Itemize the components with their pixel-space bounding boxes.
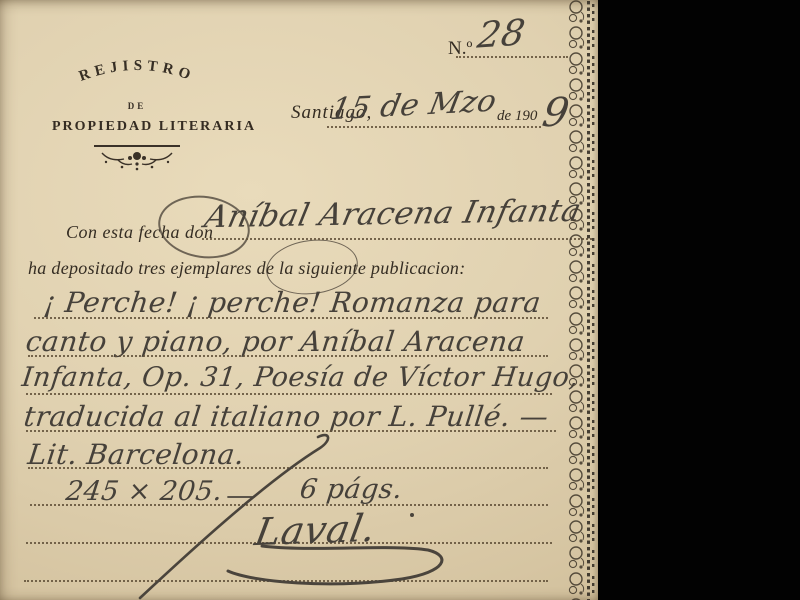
number-value-handwritten: 28 bbox=[475, 12, 528, 56]
letterhead-stamp: REJISTRO DE PROPIEDAD LITERARIA bbox=[52, 50, 222, 177]
scanned-document-page: REJISTRO DE PROPIEDAD LITERARIA N.º bbox=[0, 0, 800, 600]
entry-dotted-line bbox=[30, 504, 548, 506]
declaration-prefix: Con esta fecha don bbox=[66, 222, 213, 243]
arched-title: REJISTRO bbox=[52, 50, 222, 90]
ornament-flourish bbox=[92, 148, 182, 172]
entry-dimensions: 245 × 205. bbox=[64, 476, 224, 507]
stamp-arc-text: REJISTRO bbox=[77, 58, 197, 85]
dateline-year-prefix: de 190 bbox=[497, 108, 537, 125]
entry-dotted-line bbox=[28, 467, 548, 469]
entry-dotted-line bbox=[26, 393, 552, 395]
stamp-de-text: DE bbox=[52, 101, 222, 111]
lace-border-decoration bbox=[566, 0, 598, 600]
entry-line: canto y piano, por Aníbal Aracena bbox=[24, 325, 527, 358]
entry-line: ¡ Perche! ¡ perche! Romanza para bbox=[42, 286, 543, 319]
number-dotted-line bbox=[456, 56, 568, 58]
entry-dotted-line bbox=[24, 580, 548, 582]
entry-line: Infanta, Op. 31, Poesía de Víctor Hugo, bbox=[20, 362, 580, 393]
stamp-org-text: PROPIEDAD LITERARIA bbox=[52, 119, 222, 135]
dateline-day-month-handwritten: 15 de Mzo bbox=[328, 84, 500, 127]
svg-text:REJISTRO: REJISTRO bbox=[77, 58, 197, 85]
scanner-background bbox=[598, 0, 800, 600]
registration-form-paper: REJISTRO DE PROPIEDAD LITERARIA N.º bbox=[0, 0, 598, 600]
date-dotted-line bbox=[327, 126, 541, 128]
name-dotted-line bbox=[202, 238, 592, 240]
stamp-rule bbox=[94, 145, 180, 147]
entry-dotted-line bbox=[28, 355, 548, 357]
declaration-body: ha depositado tres ejemplares de la sigu… bbox=[28, 258, 466, 279]
entry-dotted-line bbox=[26, 430, 556, 432]
depositor-name-handwritten: Aníbal Aracena Infanta bbox=[201, 193, 584, 236]
entry-pages: 6 págs. bbox=[298, 474, 404, 505]
entry-line: traducida al italiano por L. Pullé. — bbox=[22, 400, 550, 433]
signature-handwritten: Laval. bbox=[252, 506, 380, 554]
entry-dotted-line bbox=[34, 317, 548, 319]
